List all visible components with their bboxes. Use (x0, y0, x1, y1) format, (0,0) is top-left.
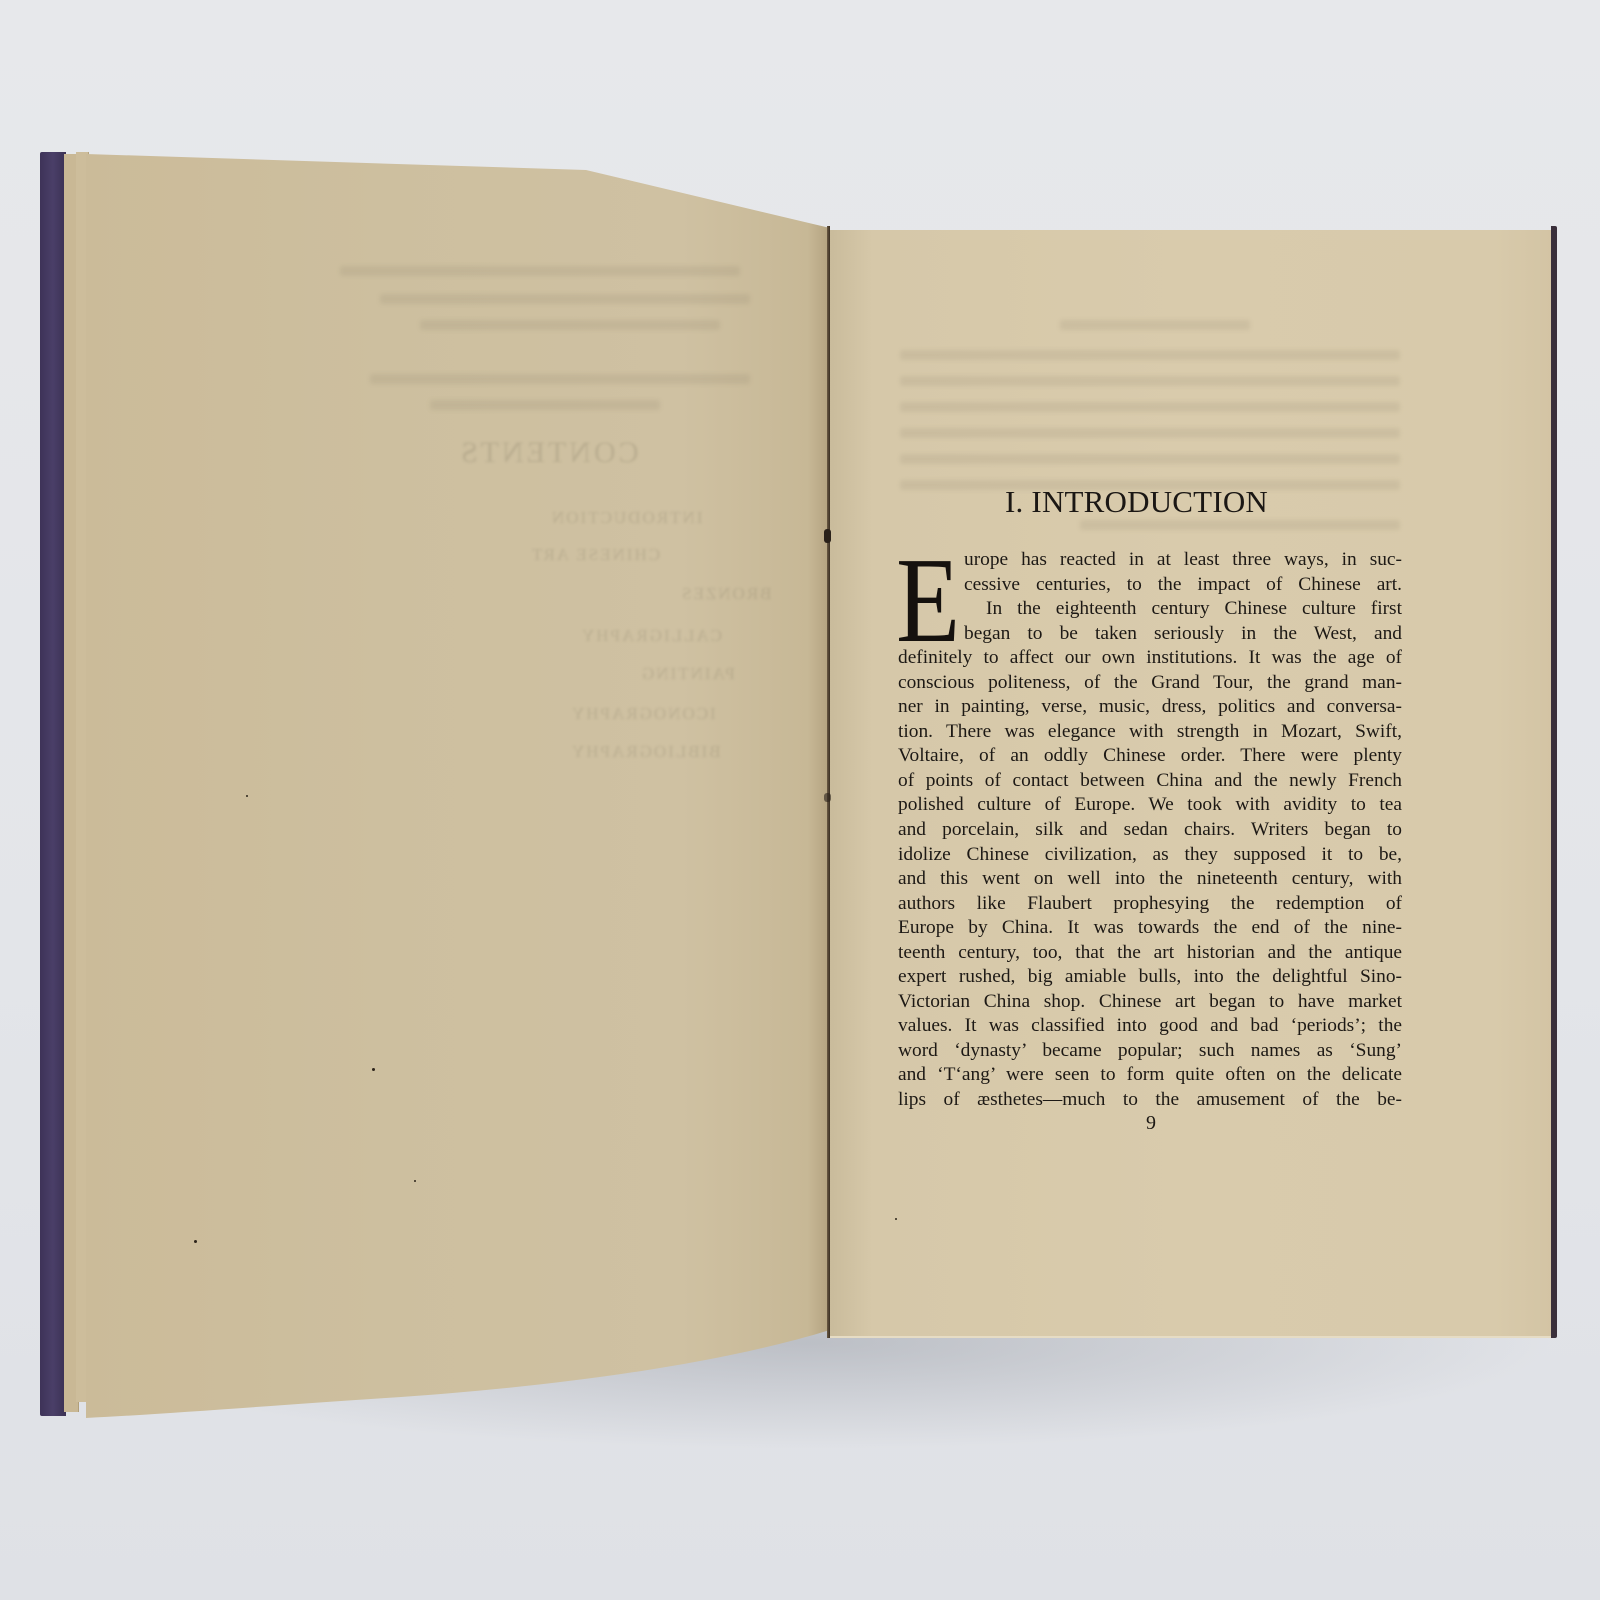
text-line: and this went on well into the nineteent… (898, 867, 1402, 892)
ghost-line (900, 454, 1400, 464)
staple (824, 529, 831, 543)
text-line: Voltaire, of an oddly Chinese order. The… (898, 744, 1402, 769)
paper-speck (414, 1180, 416, 1182)
text-line: urope has reacted in at least three ways… (898, 548, 1402, 573)
chapter-heading: I. INTRODUCTION (1005, 484, 1295, 520)
ghost-line (370, 374, 750, 384)
text-line: cessive centuries, to the impact of Chin… (898, 573, 1402, 598)
page-number: 9 (1141, 1112, 1161, 1135)
ghost-entry: CALLIGRAPHY (580, 626, 722, 646)
text-line: conscious politeness, of the Grand Tour,… (898, 671, 1402, 696)
text-line: values. It was classified into good and … (898, 1014, 1402, 1039)
text-line: Victorian China shop. Chinese art began … (898, 990, 1402, 1015)
text-line: Europe by China. It was towards the end … (898, 916, 1402, 941)
text-line: of points of contact between China and t… (898, 769, 1402, 794)
text-line: began to be taken seriously in the West,… (898, 622, 1402, 647)
text-line: lips of æsthetes—much to the amusement o… (898, 1088, 1402, 1113)
text-line: teenth century, too, that the art histor… (898, 941, 1402, 966)
paper-speck (194, 1240, 197, 1243)
ghost-line (380, 294, 750, 304)
ghost-line (420, 320, 720, 330)
text-line: and porcelain, silk and sedan chairs. Wr… (898, 818, 1402, 843)
text-line: definitely to affect our own institution… (898, 646, 1402, 671)
ghost-line (1060, 320, 1250, 330)
ghost-line (900, 350, 1400, 360)
ghost-line (430, 400, 660, 410)
ghost-entry: ICONOGRAPHY (570, 704, 716, 724)
ghost-line (900, 428, 1400, 438)
book-cover-edge-left (40, 152, 66, 1416)
staple (824, 793, 831, 802)
text-line: word ‘dynasty’ became popular; such name… (898, 1039, 1402, 1064)
paper-speck (246, 795, 248, 797)
text-line: ner in painting, verse, music, dress, po… (898, 695, 1402, 720)
ghost-title: CONTENTS (458, 436, 639, 470)
left-page (86, 148, 830, 1418)
text-line: In the eighteenth century Chinese cultur… (898, 597, 1402, 622)
photo-scene: CONTENTS INTRODUCTION CHINESE ART BRONZE… (0, 0, 1600, 1600)
ghost-line (340, 266, 740, 276)
paper-speck (895, 1218, 897, 1220)
text-line: polished culture of Europe. We took with… (898, 793, 1402, 818)
ghost-entry: BRONZES (680, 584, 771, 604)
ghost-entry: CHINESE ART (530, 545, 660, 565)
paper-speck (372, 1068, 375, 1071)
text-line: idolize Chinese civilization, as they su… (898, 843, 1402, 868)
text-line: tion. There was elegance with strength i… (898, 720, 1402, 745)
text-line: expert rushed, big amiable bulls, into t… (898, 965, 1402, 990)
text-line: authors like Flaubert prophesying the re… (898, 892, 1402, 917)
body-text: urope has reacted in at least three ways… (898, 548, 1402, 1113)
book-cover-edge-right (1551, 226, 1557, 1338)
ghost-entry: PAINTING (640, 664, 735, 684)
ghost-line (900, 402, 1400, 412)
ghost-line (900, 376, 1400, 386)
gutter-fold (827, 226, 830, 1338)
ghost-entry: BIBLIOGRAPHY (570, 742, 721, 762)
text-line: and ‘T‘ang’ were seen to form quite ofte… (898, 1063, 1402, 1088)
ghost-line (1080, 520, 1400, 530)
ghost-entry: INTRODUCTION (550, 508, 702, 528)
